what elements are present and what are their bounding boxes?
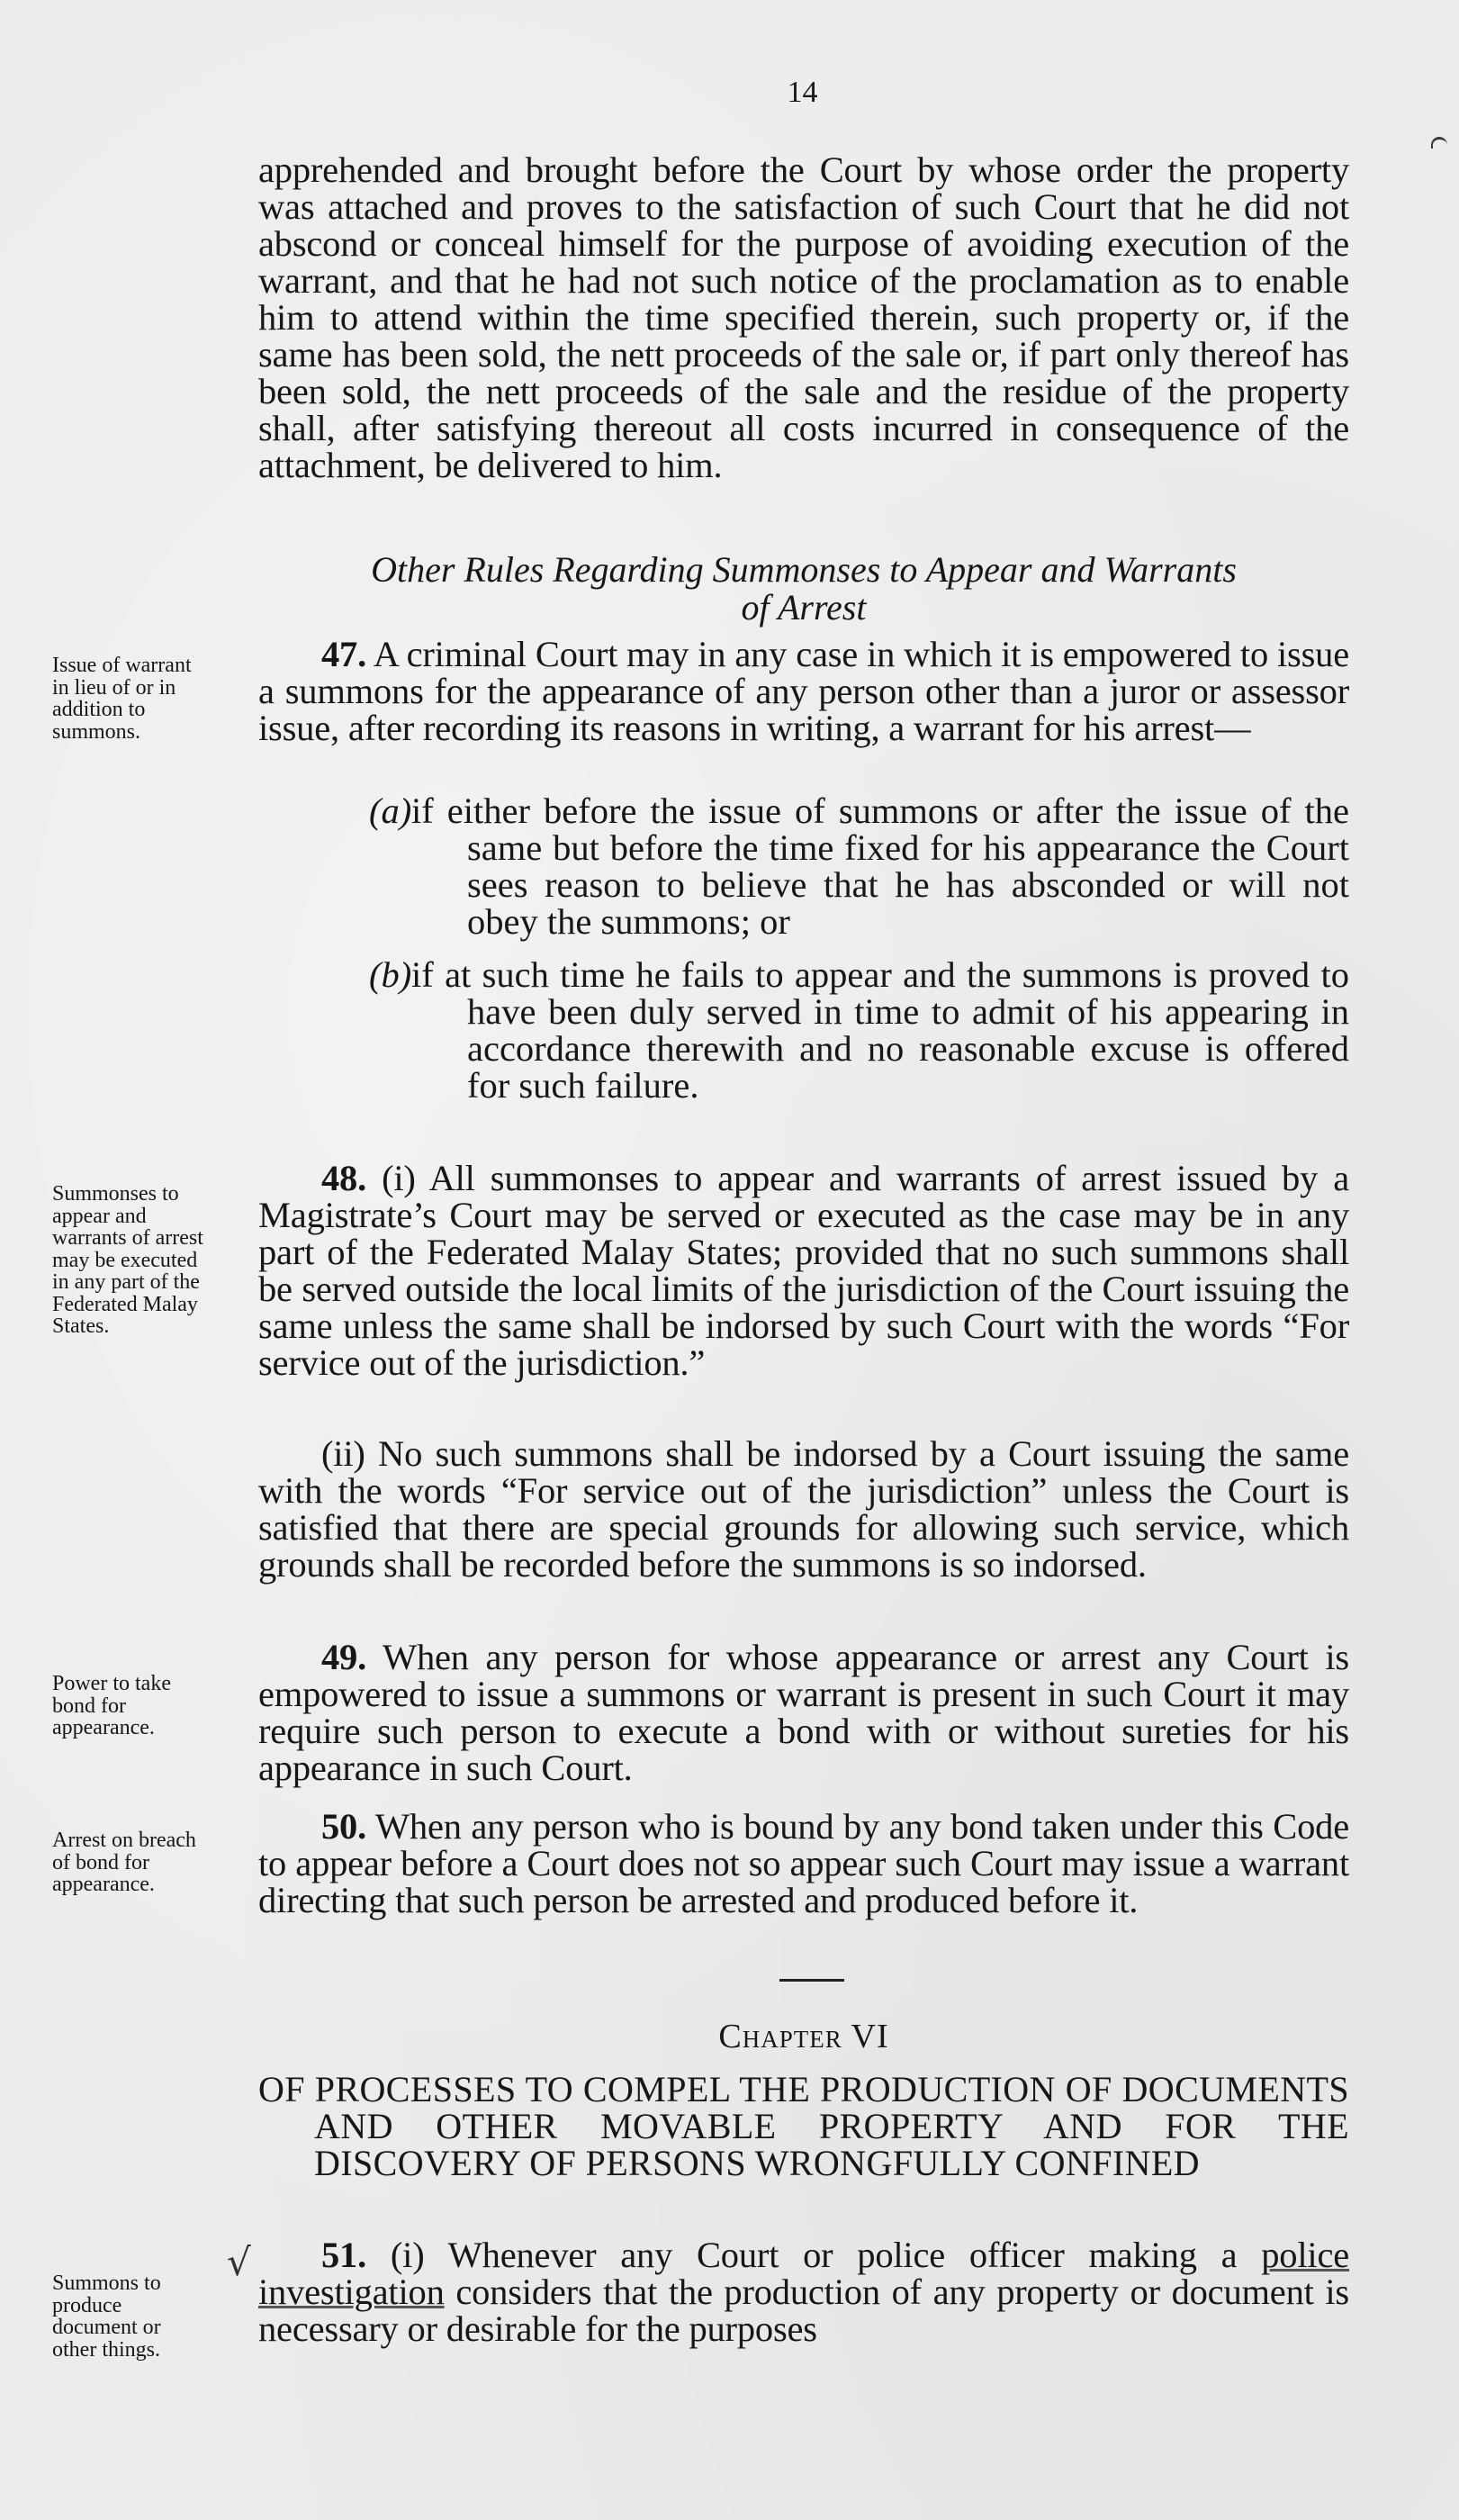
clause-47-a-text: if either before the issue of summons or…: [467, 792, 1349, 940]
chapter-title: Of processes to compel the production of…: [258, 2071, 1349, 2181]
section-divider: [779, 1979, 844, 1982]
continuation-paragraph: apprehended and brought before the Court…: [258, 151, 1349, 483]
section-50-number: 50.: [321, 1806, 366, 1847]
side-note-48: Summonses to appear and warrants of arre…: [52, 1183, 214, 1338]
section-48-number: 48.: [321, 1158, 366, 1198]
section-49-number: 49.: [321, 1637, 366, 1677]
section-51: 51. (i) Whenever any Court or police off…: [258, 2236, 1349, 2347]
section-48-ii: (ii) No such summons shall be indorsed b…: [258, 1435, 1349, 1583]
side-note-49: Power to take bond for appearance.: [52, 1673, 214, 1739]
section-49: 49. When any person for whose appearance…: [258, 1639, 1349, 1786]
subheading-line-1: Other Rules Regarding Summonses to Appea…: [258, 551, 1349, 589]
section-47: 47. A criminal Court may in any case in …: [258, 636, 1349, 746]
underlined-word-investigation: investigation: [258, 2272, 445, 2312]
continuation-text: apprehended and brought before the Court…: [258, 151, 1349, 483]
clause-47-b-label: (b): [369, 956, 411, 993]
section-50: 50. When any person who is bound by any …: [258, 1808, 1349, 1919]
section-48-i-text: All summonses to appear and warrants of …: [258, 1158, 1349, 1383]
clause-47-a: (a) if either before the issue of summon…: [369, 792, 1349, 940]
section-48-ii-text: No such summons shall be indorsed by a C…: [258, 1433, 1349, 1585]
section-50-text: When any person who is bound by any bond…: [258, 1806, 1349, 1920]
side-note-50: Arrest on breach of bond for appearance.: [52, 1829, 205, 1896]
section-51-number: 51.: [321, 2235, 366, 2275]
clause-47-b-text: if at such time he fails to appear and t…: [467, 956, 1349, 1104]
clause-47-b: (b) if at such time he fails to appear a…: [369, 956, 1349, 1104]
section-51-text-before: Whenever any Court or police officer mak…: [448, 2235, 1262, 2275]
side-note-47: Issue of warrant in lieu of or in additi…: [52, 655, 196, 743]
page-number: 14: [0, 76, 1459, 110]
subheading: Other Rules Regarding Summonses to Appea…: [258, 551, 1349, 627]
check-mark-icon: √: [227, 2240, 251, 2284]
side-note-51: Summons to produce document or other thi…: [52, 2272, 205, 2361]
section-48-ii-label: (ii): [321, 1433, 365, 1474]
section-47-number: 47.: [321, 634, 366, 674]
section-49-text: When any person for whose appearance or …: [258, 1637, 1349, 1788]
section-51-i-label: (i): [391, 2235, 425, 2275]
underlined-word-police: police: [1261, 2235, 1349, 2275]
section-48-i-label: (i): [382, 1158, 416, 1198]
chapter-label: Chapter VI: [258, 2017, 1349, 2056]
section-48: 48. (i) All summonses to appear and warr…: [258, 1160, 1349, 1381]
stray-ink-mark: [1431, 137, 1447, 149]
subheading-line-2: of Arrest: [258, 589, 1349, 627]
clause-47-a-label: (a): [369, 792, 411, 829]
section-47-text: A criminal Court may in any case in whic…: [258, 634, 1349, 748]
